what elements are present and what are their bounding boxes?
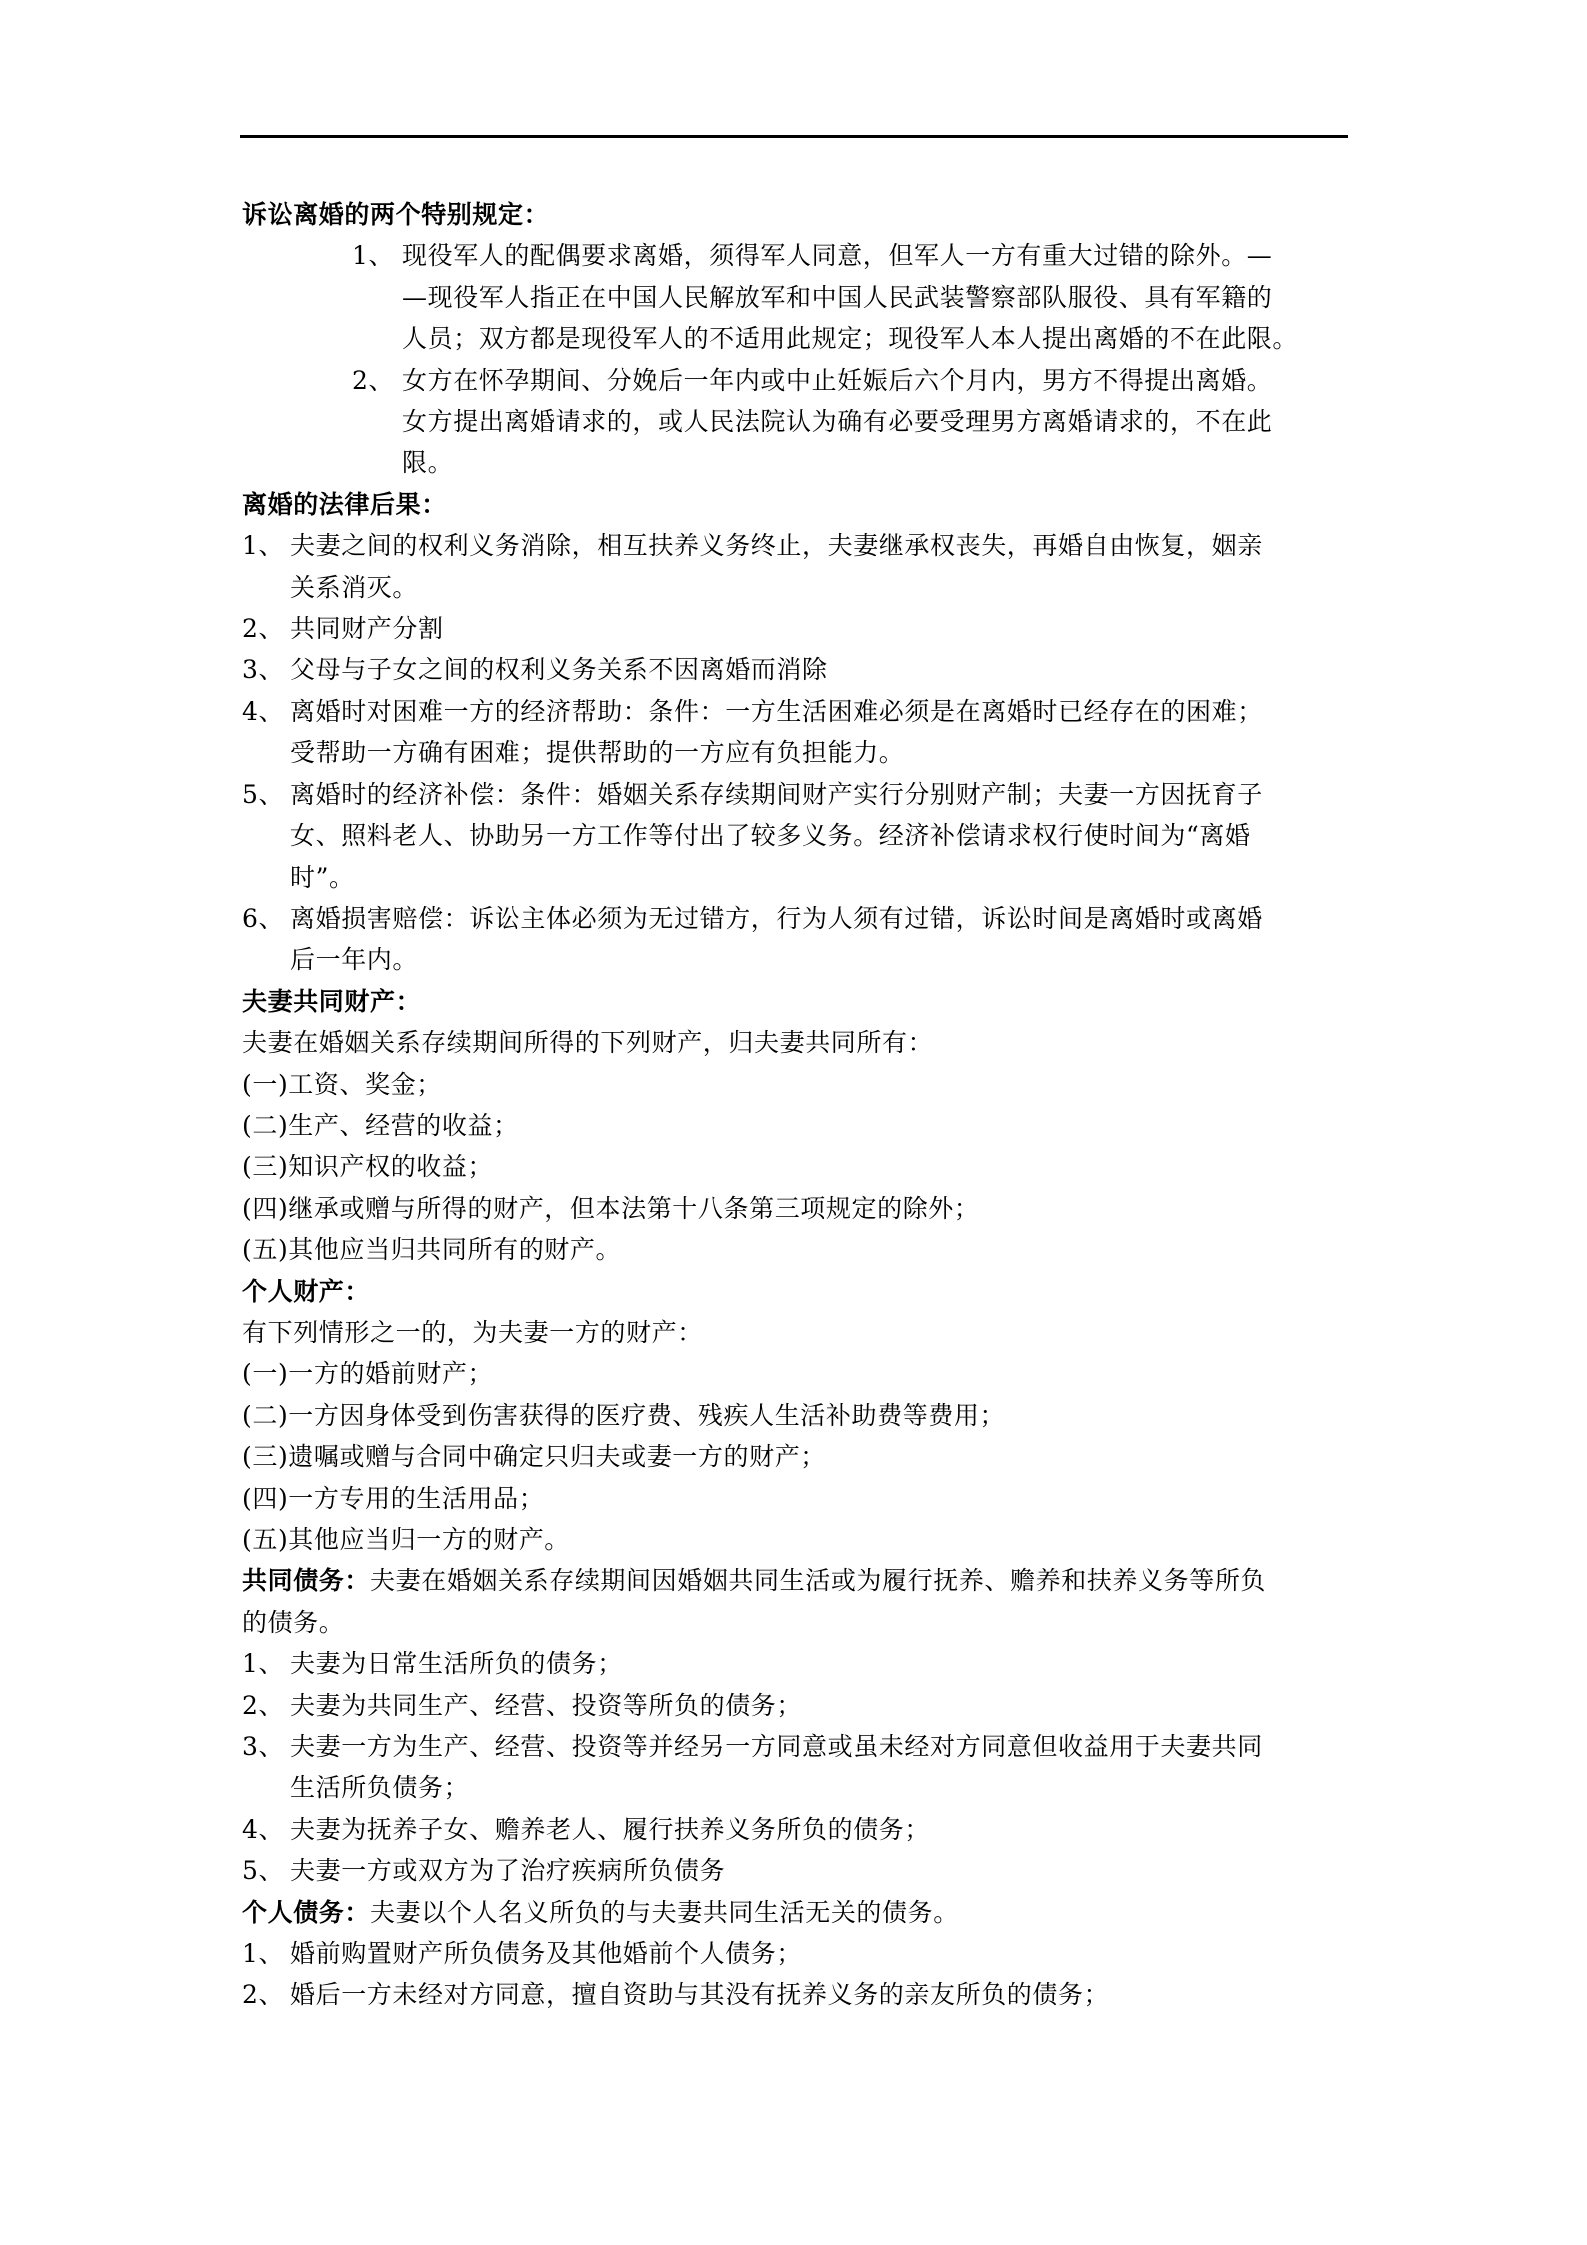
list-text: 受帮助一方确有困难；提供帮助的一方应有负担能力。 (290, 732, 1350, 773)
list-number: 5、 (242, 1850, 290, 1891)
list-number: 5、 (242, 774, 290, 898)
list-text: 离婚时的经济补偿：条件：婚姻关系存续期间财产实行分别财产制；夫妻一方因抚育子 (290, 774, 1350, 815)
list-number: 2、 (242, 608, 290, 649)
list-number: 6、 (242, 898, 290, 981)
joint-property-item: (五)其他应当归共同所有的财产。 (242, 1229, 1350, 1270)
joint-debt-definition-text: 夫妻在婚姻关系存续期间因婚姻共同生活或为履行抚养、赡养和扶养义务等所负 (370, 1566, 1266, 1595)
list-text: —现役军人指正在中国人民解放军和中国人民武装警察部队服役、具有军籍的 (402, 277, 1350, 318)
list-number: 1、 (352, 235, 402, 359)
list-number: 2、 (242, 1685, 290, 1726)
list-text: 共同财产分割 (290, 608, 1350, 649)
joint-property-item: (一)工资、奖金； (242, 1064, 1350, 1105)
list-text: 关系消灭。 (290, 567, 1350, 608)
list-text: 女、照料老人、协助另一方工作等付出了较多义务。经济补偿请求权行使时间为“离婚 (290, 815, 1350, 856)
list-text: 婚前购置财产所负债务及其他婚前个人债务； (290, 1933, 1350, 1974)
list-item: 1、 夫妻之间的权利义务消除，相互扶养义务终止，夫妻继承权丧失，再婚自由恢复，姻… (242, 525, 1350, 608)
list-text: 婚后一方未经对方同意，擅自资助与其没有抚养义务的亲友所负的债务； (290, 1974, 1350, 2015)
list-text: 夫妻为抚养子女、赡养老人、履行扶养义务所负的债务； (290, 1809, 1350, 1850)
list-text: 人员；双方都是现役军人的不适用此规定；现役军人本人提出离婚的不在此限。 (402, 318, 1350, 359)
list-text: 夫妻之间的权利义务消除，相互扶养义务终止，夫妻继承权丧失，再婚自由恢复，姻亲 (290, 525, 1350, 566)
joint-property-item: (四)继承或赠与所得的财产，但本法第十八条第三项规定的除外； (242, 1188, 1350, 1229)
personal-property-intro: 有下列情形之一的，为夫妻一方的财产： (242, 1312, 1350, 1353)
personal-property-item: (一)一方的婚前财产； (242, 1353, 1350, 1394)
document-page: 诉讼离婚的两个特别规定： 1、 现役军人的配偶要求离婚，须得军人同意，但军人一方… (0, 0, 1587, 2245)
list-item: 2、 共同财产分割 (242, 608, 1350, 649)
heading-divorce-consequences: 离婚的法律后果： (242, 484, 1350, 525)
personal-debt-definition: 个人债务：夫妻以个人名义所负的与夫妻共同生活无关的债务。 (242, 1892, 1350, 1933)
list-item: 1、 现役军人的配偶要求离婚，须得军人同意，但军人一方有重大过错的除外。— —现… (242, 235, 1350, 359)
list-number: 2、 (352, 360, 402, 484)
list-item: 1、 婚前购置财产所负债务及其他婚前个人债务； (242, 1933, 1350, 1974)
list-item: 4、 离婚时对困难一方的经济帮助：条件：一方生活困难必须是在离婚时已经存在的困难… (242, 691, 1350, 774)
list-item: 2、 婚后一方未经对方同意，擅自资助与其没有抚养义务的亲友所负的债务； (242, 1974, 1350, 2015)
list-text: 现役军人的配偶要求离婚，须得军人同意，但军人一方有重大过错的除外。— (402, 235, 1350, 276)
list-text: 女方在怀孕期间、分娩后一年内或中止妊娠后六个月内，男方不得提出离婚。 (402, 360, 1350, 401)
heading-personal-property: 个人财产： (242, 1271, 1350, 1312)
list-text: 夫妻一方为生产、经营、投资等并经另一方同意或虽未经对方同意但收益用于夫妻共同 (290, 1726, 1350, 1767)
list-item: 2、 女方在怀孕期间、分娩后一年内或中止妊娠后六个月内，男方不得提出离婚。 女方… (242, 360, 1350, 484)
list-number: 3、 (242, 649, 290, 690)
joint-property-item: (三)知识产权的收益； (242, 1146, 1350, 1187)
list-item: 3、 父母与子女之间的权利义务关系不因离婚而消除 (242, 649, 1350, 690)
personal-property-item: (二)一方因身体受到伤害获得的医疗费、残疾人生活补助费等费用； (242, 1395, 1350, 1436)
personal-property-item: (四)一方专用的生活用品； (242, 1478, 1350, 1519)
list-text: 离婚时对困难一方的经济帮助：条件：一方生活困难必须是在离婚时已经存在的困难； (290, 691, 1350, 732)
list-text: 限。 (402, 442, 1350, 483)
list-text: 夫妻为共同生产、经营、投资等所负的债务； (290, 1685, 1350, 1726)
heading-litigation-special-rules: 诉讼离婚的两个特别规定： (242, 194, 1350, 235)
list-number: 3、 (242, 1726, 290, 1809)
list-item: 5、 夫妻一方或双方为了治疗疾病所负债务 (242, 1850, 1350, 1891)
list-text: 父母与子女之间的权利义务关系不因离婚而消除 (290, 649, 1350, 690)
list-item: 5、 离婚时的经济补偿：条件：婚姻关系存续期间财产实行分别财产制；夫妻一方因抚育… (242, 774, 1350, 898)
list-item: 3、 夫妻一方为生产、经营、投资等并经另一方同意或虽未经对方同意但收益用于夫妻共… (242, 1726, 1350, 1809)
header-rule (240, 135, 1348, 138)
list-item: 1、 夫妻为日常生活所负的债务； (242, 1643, 1350, 1684)
heading-joint-property: 夫妻共同财产： (242, 981, 1350, 1022)
list-item: 2、 夫妻为共同生产、经营、投资等所负的债务； (242, 1685, 1350, 1726)
list-text: 时”。 (290, 857, 1350, 898)
list-text: 夫妻一方或双方为了治疗疾病所负债务 (290, 1850, 1350, 1891)
list-text: 后一年内。 (290, 939, 1350, 980)
heading-joint-debt: 共同债务： (242, 1566, 370, 1595)
list-item: 4、 夫妻为抚养子女、赡养老人、履行扶养义务所负的债务； (242, 1809, 1350, 1850)
joint-property-intro: 夫妻在婚姻关系存续期间所得的下列财产，归夫妻共同所有： (242, 1022, 1350, 1063)
list-text: 夫妻为日常生活所负的债务； (290, 1643, 1350, 1684)
list-number: 4、 (242, 1809, 290, 1850)
list-text: 女方提出离婚请求的，或人民法院认为确有必要受理男方离婚请求的，不在此 (402, 401, 1350, 442)
list-number: 2、 (242, 1974, 290, 2015)
personal-debt-definition-text: 夫妻以个人名义所负的与夫妻共同生活无关的债务。 (370, 1898, 959, 1927)
list-item: 6、 离婚损害赔偿：诉讼主体必须为无过错方，行为人须有过错，诉讼时间是离婚时或离… (242, 898, 1350, 981)
heading-personal-debt: 个人债务： (242, 1898, 370, 1927)
personal-property-item: (三)遗嘱或赠与合同中确定只归夫或妻一方的财产； (242, 1436, 1350, 1477)
list-number: 4、 (242, 691, 290, 774)
document-body: 诉讼离婚的两个特别规定： 1、 现役军人的配偶要求离婚，须得军人同意，但军人一方… (242, 194, 1350, 2016)
list-number: 1、 (242, 1933, 290, 1974)
joint-property-item: (二)生产、经营的收益； (242, 1105, 1350, 1146)
joint-debt-definition-continued: 的债务。 (242, 1602, 1350, 1643)
joint-debt-definition: 共同债务：夫妻在婚姻关系存续期间因婚姻共同生活或为履行抚养、赡养和扶养义务等所负 (242, 1560, 1350, 1601)
list-text: 生活所负债务； (290, 1767, 1350, 1808)
list-number: 1、 (242, 525, 290, 608)
list-text: 离婚损害赔偿：诉讼主体必须为无过错方，行为人须有过错，诉讼时间是离婚时或离婚 (290, 898, 1350, 939)
personal-property-item: (五)其他应当归一方的财产。 (242, 1519, 1350, 1560)
list-number: 1、 (242, 1643, 290, 1684)
